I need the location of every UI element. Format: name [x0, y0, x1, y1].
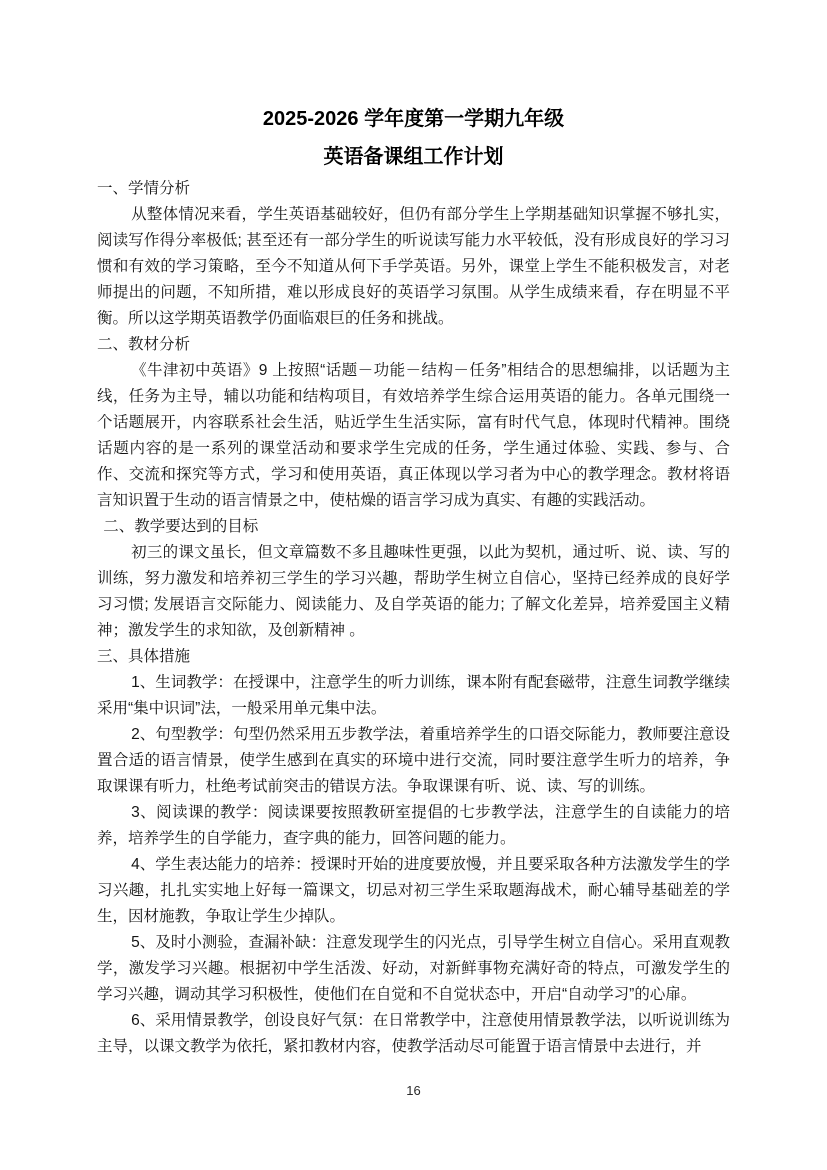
- paragraph-textbook-analysis: 《牛津初中英语》9 上按照“话题－功能－结构－任务”相结合的思想编排，以话题为主…: [97, 358, 730, 514]
- document-title-line1: 2025-2026 学年度第一学期九年级: [97, 100, 730, 138]
- paragraph-teaching-goals: 初三的课文虽长，但文章篇数不多且趣味性更强，以此为契机，通过听、说、读、写的训练…: [97, 540, 730, 644]
- document-body: 一、学情分析 从整体情况来看，学生英语基础较好，但仍有部分学生上学期基础知识掌握…: [97, 176, 730, 1060]
- section-heading-textbook-analysis: 二、教材分析: [97, 332, 730, 358]
- document-title-line2: 英语备课组工作计划: [97, 138, 730, 176]
- measure-item-2: 2、句型教学：句型仍然采用五步教学法，着重培养学生的口语交际能力，教师要注意设置…: [97, 722, 730, 800]
- measure-item-4: 4、学生表达能力的培养：授课时开始的进度要放慢，并且要采取各种方法激发学生的学习…: [97, 852, 730, 930]
- section-heading-concrete-measures: 三、具体措施: [97, 644, 730, 670]
- document-content: 2025-2026 学年度第一学期九年级 英语备课组工作计划 一、学情分析 从整…: [97, 100, 730, 1060]
- page-number: 16: [0, 1082, 827, 1100]
- document-page: 2025-2026 学年度第一学期九年级 英语备课组工作计划 一、学情分析 从整…: [0, 0, 827, 1170]
- section-heading-teaching-goals: 二、教学要达到的目标: [97, 514, 730, 540]
- measure-item-6: 6、采用情景教学，创设良好气氛：在日常教学中，注意使用情景教学法，以听说训练为主…: [97, 1008, 730, 1060]
- measure-item-1: 1、生词教学：在授课中，注意学生的听力训练，课本附有配套磁带，注意生词教学继续采…: [97, 670, 730, 722]
- paragraph-student-analysis: 从整体情况来看，学生英语基础较好，但仍有部分学生上学期基础知识掌握不够扎实，阅读…: [97, 202, 730, 332]
- measure-item-5: 5、及时小测验，查漏补缺：注意发现学生的闪光点，引导学生树立自信心。采用直观教学…: [97, 930, 730, 1008]
- measure-item-3: 3、阅读课的教学：阅读课要按照教研室提倡的七步教学法，注意学生的自读能力的培养，…: [97, 800, 730, 852]
- section-heading-student-analysis: 一、学情分析: [97, 176, 730, 202]
